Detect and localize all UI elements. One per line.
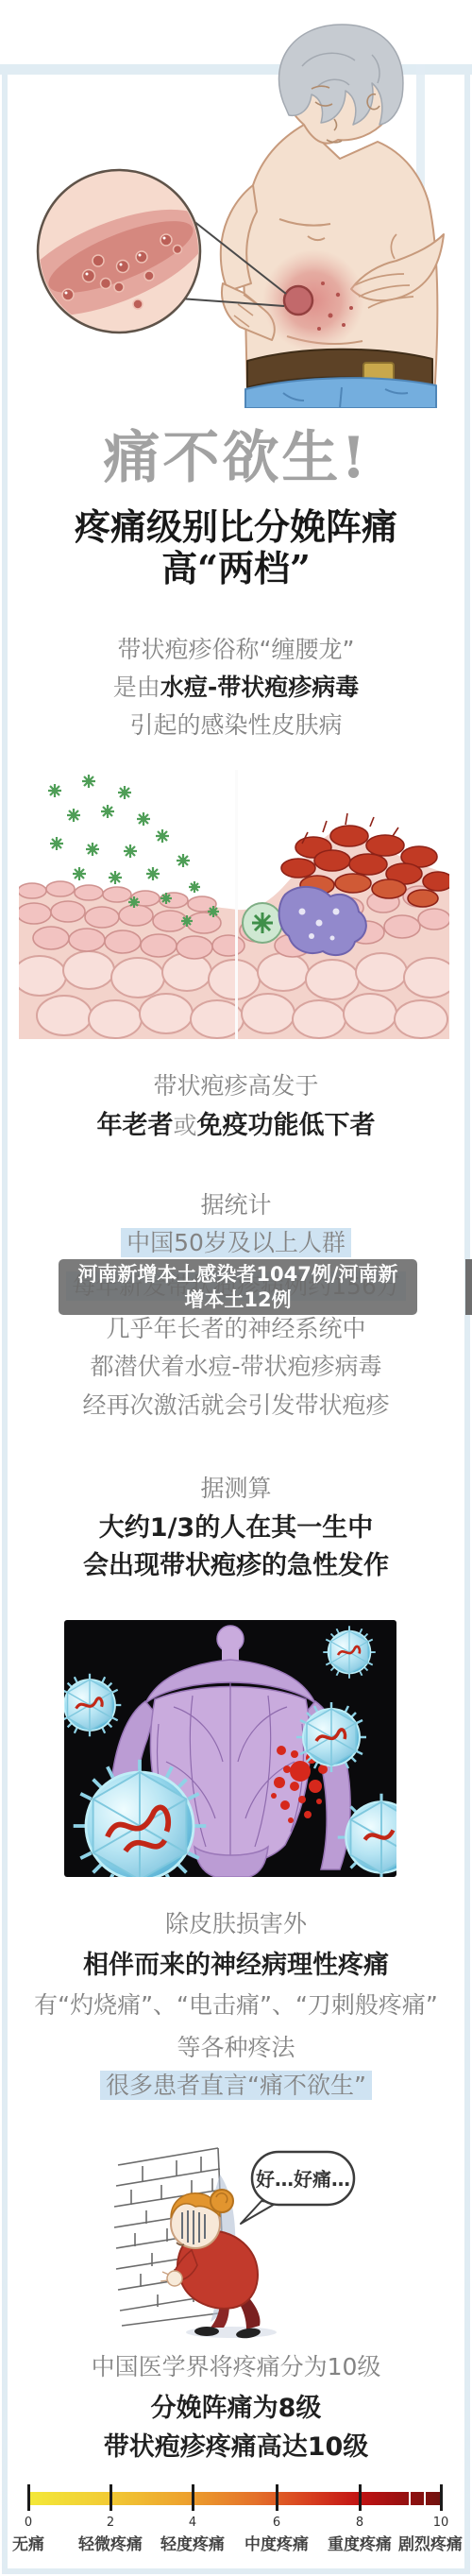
headline-subtitle-2: 高“两档” <box>9 548 463 589</box>
stats-line-1-text: 中国50岁及以上人群 <box>121 1228 351 1257</box>
intro-line-1: 带状疱疹俗称“缠腰龙” <box>9 635 463 665</box>
highrisk-bold-2: 免疫功能低下者 <box>197 1111 376 1140</box>
scale-number-8: 8 <box>341 2516 379 2530</box>
scale-tick-2 <box>110 2484 112 2511</box>
pain-scale-bar <box>28 2492 441 2505</box>
scale-tick-6 <box>276 2484 278 2511</box>
scale-tick-10 <box>440 2484 443 2511</box>
estimate-line-2: 会出现带状疱疹的急性发作 <box>9 1550 463 1582</box>
person-in-pain <box>160 2190 261 2340</box>
scale-label-mild: 轻度疼痛 <box>145 2531 240 2554</box>
estimate-line-1: 大约1/3的人在其一生中 <box>9 1512 463 1544</box>
pain-line-3: 有“灼烧痛”、“电击痛”、“刀刺般疼痛” <box>9 1990 463 2021</box>
pain-line-5-text: 很多患者直言“痛不欲生” <box>100 2071 372 2100</box>
news-caption-line-2: 增本土12例 <box>59 1288 417 1313</box>
pain-line-4: 等各种疼法 <box>9 2033 463 2063</box>
scrollbar-thumb[interactable] <box>465 1259 472 1315</box>
pain-cartoon: 好…好痛… <box>109 2137 363 2340</box>
scale-label-extreme: 剧烈疼痛 <box>383 2531 472 2554</box>
highrisk-bold-1: 年老者 <box>96 1111 173 1140</box>
news-caption-line-1: 河南新增本土感染者1047例/河南新 <box>59 1262 417 1288</box>
scale-segment-divider <box>409 2492 411 2505</box>
intro-line-2-bold: 水痘-带状疱疹病毒 <box>160 674 359 701</box>
scale-tick-8 <box>359 2484 362 2511</box>
scale-label-moderate: 中度疼痛 <box>229 2531 324 2554</box>
man-figure <box>221 25 444 408</box>
shingles-man-illustration <box>0 0 472 408</box>
skin-infection-illustration <box>19 770 449 1039</box>
scale-number-0: 0 <box>9 2516 47 2530</box>
intro-line-2: 是由水痘-带状疱疹病毒 <box>9 673 463 703</box>
headline-subtitle-1: 疼痛级别比分娩阵痛 <box>9 506 463 548</box>
infographic-page: 痛不欲生! 疼痛级别比分娩阵痛 高“两档” 带状疱疹俗称“缠腰龙” 是由水痘-带… <box>0 0 472 2576</box>
scale-number-2: 2 <box>92 2516 129 2530</box>
panel-divider <box>235 770 238 1039</box>
scale-number-6: 6 <box>258 2516 295 2530</box>
stats-line-3: 几乎年长者的神经系统中 <box>9 1314 463 1344</box>
stats-line-4: 都潜伏着水痘-带状疱疹病毒 <box>9 1352 463 1382</box>
headline-title: 痛不欲生! <box>9 427 463 489</box>
pain-line-1: 除皮肤损害外 <box>9 1909 463 1939</box>
stats-line-5: 经再次激活就会引发带状疱疹 <box>9 1390 463 1421</box>
scale-number-4: 4 <box>174 2516 211 2530</box>
pain-line-2: 相伴而来的神经病理性疼痛 <box>9 1950 463 1982</box>
speech-bubble-text: 好…好痛… <box>256 2168 350 2191</box>
estimate-header: 据测算 <box>9 1474 463 1504</box>
highrisk-line-1: 带状疱疹高发于 <box>9 1071 463 1101</box>
levels-line-2: 分娩阵痛为8级 <box>9 2393 463 2425</box>
scale-label-slight: 轻微疼痛 <box>63 2531 158 2554</box>
pain-line-5: 很多患者直言“痛不欲生” <box>9 2071 463 2101</box>
speech-bubble: 好…好痛… <box>241 2152 354 2224</box>
news-caption-overlay: 河南新增本土感染者1047例/河南新 增本土12例 <box>59 1259 417 1315</box>
rash-focus-circle <box>284 286 312 315</box>
nerve-anatomy-illustration <box>64 1620 396 1877</box>
highrisk-conj: 或 <box>173 1112 196 1139</box>
stats-line-1: 中国50岁及以上人群 <box>9 1228 463 1258</box>
scale-tick-4 <box>192 2484 194 2511</box>
intro-line-2-prefix: 是由 <box>113 674 160 701</box>
gray-hair <box>278 25 402 125</box>
scale-number-10: 10 <box>422 2516 460 2530</box>
levels-line-1: 中国医学界将疼痛分为10级 <box>9 2352 463 2382</box>
levels-line-3: 带状疱疹疼痛高达10级 <box>9 2431 463 2464</box>
intro-line-3: 引起的感染性皮肤病 <box>9 710 463 741</box>
scale-tick-0 <box>27 2484 30 2511</box>
stats-header: 据统计 <box>9 1190 463 1220</box>
scale-segment-divider <box>424 2492 426 2505</box>
highrisk-line-2: 年老者或免疫功能低下者 <box>9 1110 463 1142</box>
